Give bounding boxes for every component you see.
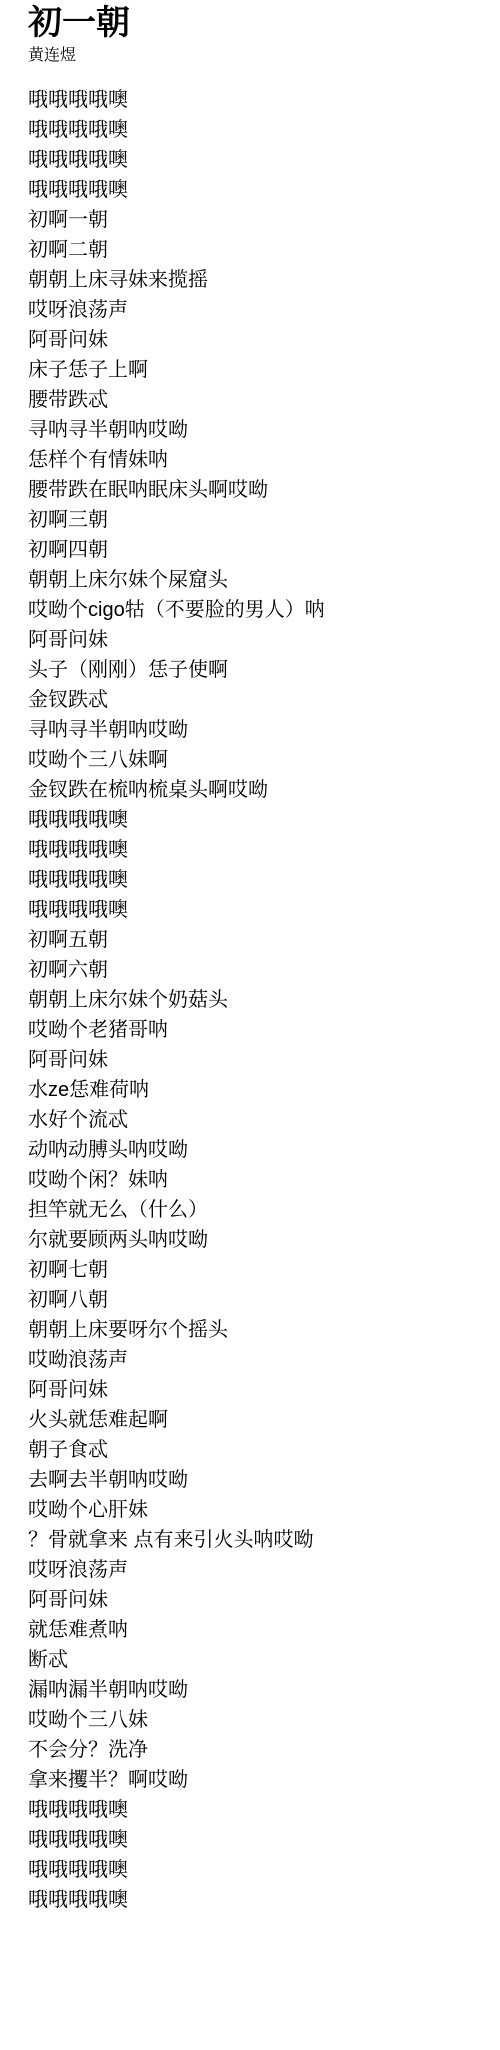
lyric-line: 哎呦个闲？妹呐 (28, 1165, 490, 1195)
lyric-line: 哦哦哦哦噢 (28, 1795, 490, 1825)
artist-name: 黄连煜 (28, 45, 490, 67)
lyrics-list: 哦哦哦哦噢哦哦哦哦噢哦哦哦哦噢哦哦哦哦噢初啊一朝初啊二朝朝朝上床寻妹来揽摇哎呀浪… (28, 85, 490, 1915)
lyric-line: 朝子食忒 (28, 1435, 490, 1465)
lyric-line: 阿哥问妹 (28, 1375, 490, 1405)
lyric-line: 哦哦哦哦噢 (28, 85, 490, 115)
lyric-line: 头子（刚刚）恁子使啊 (28, 655, 490, 685)
lyric-line: 朝朝上床尔妹个屎窟头 (28, 565, 490, 595)
lyric-line: 去啊去半朝呐哎呦 (28, 1465, 490, 1495)
lyric-line: 哦哦哦哦噢 (28, 835, 490, 865)
lyric-line: 担竿就无么（什么） (28, 1195, 490, 1225)
lyric-line: 哦哦哦哦噢 (28, 1825, 490, 1855)
lyric-line: 哦哦哦哦噢 (28, 1855, 490, 1885)
lyric-line: 阿哥问妹 (28, 1585, 490, 1615)
lyric-line: 阿哥问妹 (28, 325, 490, 355)
lyric-line: 就恁难煮呐 (28, 1615, 490, 1645)
lyric-line: 初啊五朝 (28, 925, 490, 955)
lyric-line: 哦哦哦哦噢 (28, 1885, 490, 1915)
lyric-line: 哎呀浪荡声 (28, 295, 490, 325)
lyric-line: 腰带跌在眠呐眠床头啊哎呦 (28, 475, 490, 505)
lyric-line: 火头就恁难起啊 (28, 1405, 490, 1435)
lyric-line: 拿来攫半？啊哎呦 (28, 1765, 490, 1795)
lyric-line: 初啊二朝 (28, 235, 490, 265)
lyric-line: 初啊七朝 (28, 1255, 490, 1285)
lyric-line: 金钗跌忒 (28, 685, 490, 715)
lyric-line: 哦哦哦哦噢 (28, 145, 490, 175)
lyric-line: 初啊三朝 (28, 505, 490, 535)
lyric-line: 初啊八朝 (28, 1285, 490, 1315)
lyric-line: 哎呦个cigo牯（不要脸的男人）呐 (28, 595, 490, 625)
lyric-line: 哦哦哦哦噢 (28, 805, 490, 835)
lyric-line: 漏呐漏半朝呐哎呦 (28, 1675, 490, 1705)
lyric-line: 哎呦个三八妹啊 (28, 745, 490, 775)
lyric-line: 腰带跌忒 (28, 385, 490, 415)
lyric-line: 寻呐寻半朝呐哎呦 (28, 415, 490, 445)
lyric-line: 阿哥问妹 (28, 1045, 490, 1075)
lyric-line: 哦哦哦哦噢 (28, 175, 490, 205)
lyric-line: 初啊四朝 (28, 535, 490, 565)
lyric-line: 朝朝上床要呀尔个摇头 (28, 1315, 490, 1345)
lyric-line: 哎呦个心肝妹 (28, 1495, 490, 1525)
lyric-line: 哦哦哦哦噢 (28, 895, 490, 925)
lyric-line: 寻呐寻半朝呐哎呦 (28, 715, 490, 745)
song-title: 初一朝 (28, 2, 490, 44)
lyric-line: 朝朝上床尔妹个奶菇头 (28, 985, 490, 1015)
lyric-line: 恁样个有情妹呐 (28, 445, 490, 475)
lyrics-page: 初一朝 黄连煜 哦哦哦哦噢哦哦哦哦噢哦哦哦哦噢哦哦哦哦噢初啊一朝初啊二朝朝朝上床… (0, 0, 500, 1915)
lyric-line: 哦哦哦哦噢 (28, 865, 490, 895)
lyric-line: 不会分？洗净 (28, 1735, 490, 1765)
lyric-line: 哎呦个老猪哥呐 (28, 1015, 490, 1045)
lyric-line: ？骨就拿来 点有来引火头呐哎呦 (28, 1525, 490, 1555)
lyric-line: 断忒 (28, 1645, 490, 1675)
lyric-line: 水好个流忒 (28, 1105, 490, 1135)
lyric-line: 朝朝上床寻妹来揽摇 (28, 265, 490, 295)
lyric-line: 哦哦哦哦噢 (28, 115, 490, 145)
lyric-line: 动呐动膊头呐哎呦 (28, 1135, 490, 1165)
lyric-line: 床子恁子上啊 (28, 355, 490, 385)
lyric-line: 阿哥问妹 (28, 625, 490, 655)
lyric-line: 初啊六朝 (28, 955, 490, 985)
lyric-line: 尔就要顾两头呐哎呦 (28, 1225, 490, 1255)
lyric-line: 初啊一朝 (28, 205, 490, 235)
lyric-line: 哎呦个三八妹 (28, 1705, 490, 1735)
lyric-line: 哎呀浪荡声 (28, 1555, 490, 1585)
lyric-line: 金钗跌在梳呐梳桌头啊哎呦 (28, 775, 490, 805)
lyric-line: 水ze恁难荷呐 (28, 1075, 490, 1105)
lyric-line: 哎呦浪荡声 (28, 1345, 490, 1375)
